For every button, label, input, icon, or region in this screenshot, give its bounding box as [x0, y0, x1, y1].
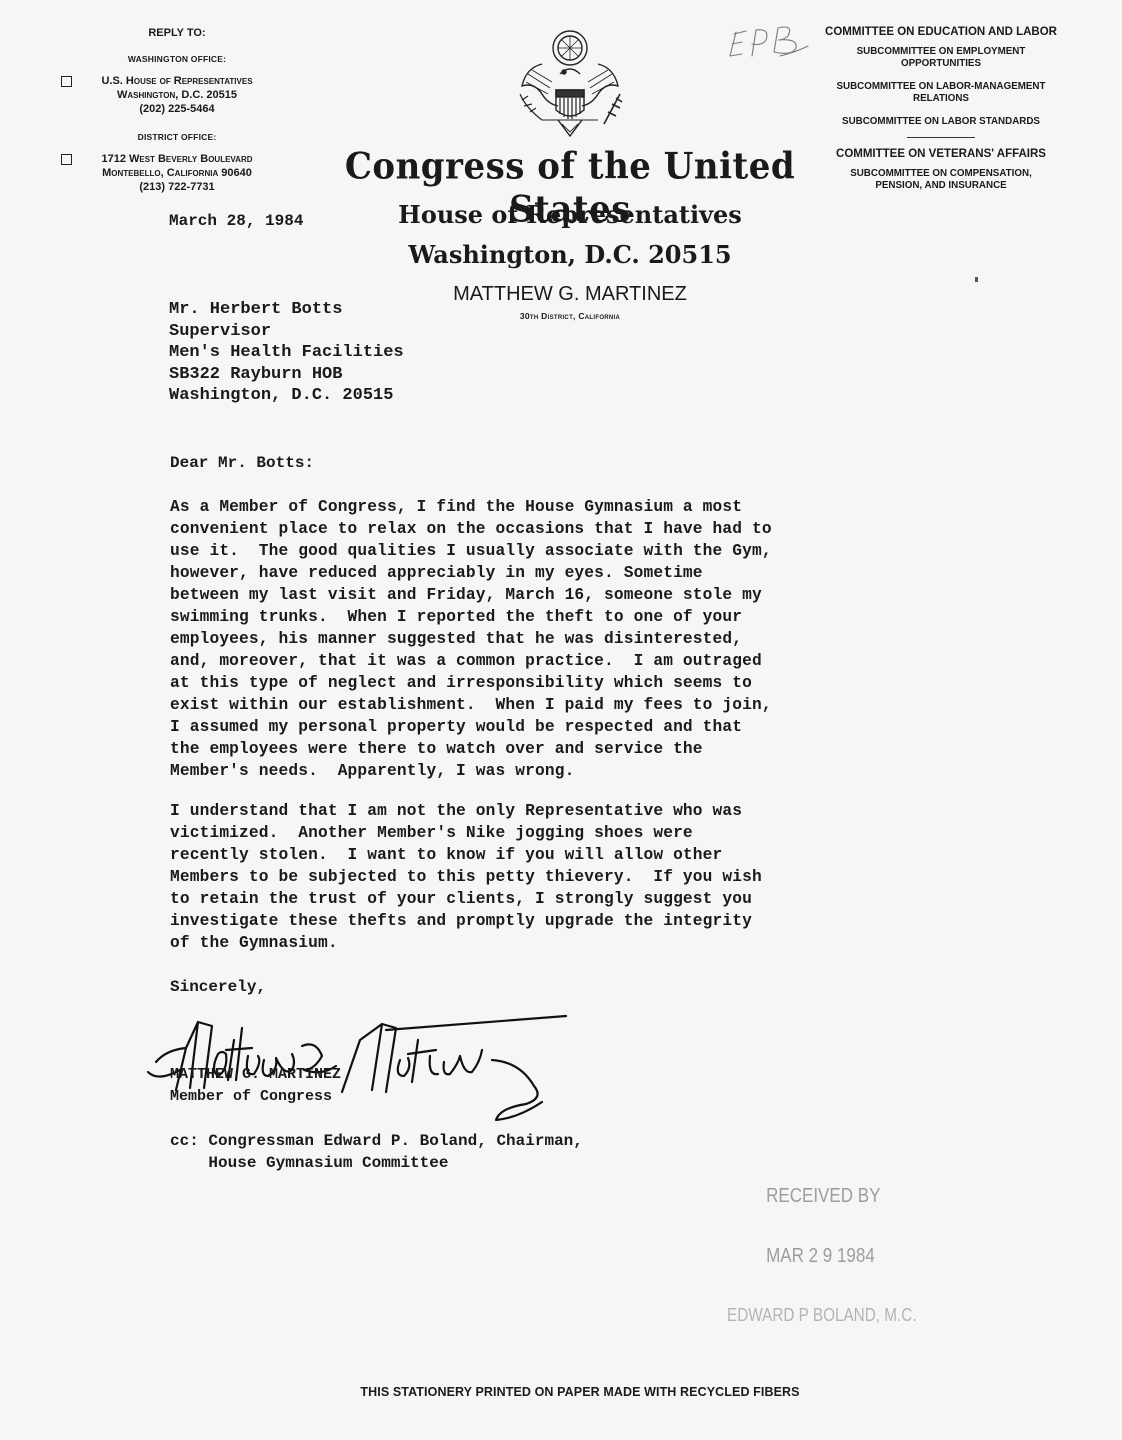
recipient-line: Men's Health Facilities [169, 342, 404, 364]
recipient-line: Mr. Herbert Botts [169, 299, 404, 321]
recipient-line: Supervisor [169, 321, 404, 343]
stamp-received-by: RECEIVED BY [766, 1185, 880, 1208]
salutation: Dear Mr. Botts: [170, 454, 314, 472]
letter-page: REPLY TO: WASHINGTON OFFICE: U.S. House … [0, 0, 1122, 1440]
great-seal-eagle-icon [512, 24, 628, 144]
handwritten-initials [722, 22, 812, 62]
recipient-address: Mr. Herbert Botts Supervisor Men's Healt… [169, 299, 404, 407]
paper-mark [975, 277, 978, 282]
stationery-footer: THIS STATIONERY PRINTED ON PAPER MADE WI… [300, 1385, 860, 1399]
body-paragraph: I understand that I am not the only Repr… [170, 800, 762, 954]
signer-name: MATTHEW G. MARTINEZ [170, 1064, 341, 1086]
subcommittee-name: SUBCOMMITTEE ON LABOR STANDARDS [806, 116, 1076, 128]
subcommittee-name: SUBCOMMITTEE ON LABOR-MANAGEMENT RELATIO… [806, 81, 1076, 105]
committee-divider [907, 137, 975, 138]
committee-name: COMMITTEE ON VETERANS' AFFAIRS [806, 148, 1076, 160]
letterhead-member-name: MATTHEW G. MARTINEZ [340, 283, 800, 306]
closing: Sincerely, [170, 978, 266, 996]
signer-title: Member of Congress [170, 1086, 341, 1108]
washington-office-heading: WASHINGTON OFFICE: [52, 52, 302, 66]
carbon-copy: cc: Congressman Edward P. Boland, Chairm… [170, 1130, 583, 1174]
letterhead-city: Washington, D.C. 20515 [340, 240, 800, 269]
letterhead-district: 30th District, California [340, 311, 800, 321]
district-office-checkbox[interactable] [61, 154, 72, 165]
recipient-line: Washington, D.C. 20515 [169, 385, 404, 407]
letterhead-chamber: House of Representatives [340, 200, 800, 229]
reply-to-heading: REPLY TO: [52, 26, 302, 40]
washington-office-address: U.S. House of Representatives Washington… [52, 74, 302, 116]
signature-block: MATTHEW G. MARTINEZ Member of Congress [170, 1064, 341, 1108]
district-office-address: 1712 West Beverly Boulevard Montebello, … [52, 152, 302, 194]
committee-list: COMMITTEE ON EDUCATION AND LABOR SUBCOMM… [806, 26, 1076, 203]
washington-office-checkbox[interactable] [61, 76, 72, 87]
stamp-recipient: EDWARD P BOLAND, M.C. [727, 1305, 917, 1326]
subcommittee-name: SUBCOMMITTEE ON COMPENSATION, PENSION, A… [806, 168, 1076, 192]
district-office-heading: DISTRICT OFFICE: [52, 130, 302, 144]
body-paragraph: As a Member of Congress, I find the Hous… [170, 496, 772, 782]
stamp-date: MAR 2 9 1984 [766, 1245, 875, 1268]
committee-name: COMMITTEE ON EDUCATION AND LABOR [806, 26, 1076, 38]
reply-to-block: REPLY TO: WASHINGTON OFFICE: U.S. House … [52, 26, 302, 208]
recipient-line: SB322 Rayburn HOB [169, 364, 404, 386]
subcommittee-name: SUBCOMMITTEE ON EMPLOYMENT OPPORTUNITIES [806, 46, 1076, 70]
letter-date: March 28, 1984 [169, 212, 303, 230]
